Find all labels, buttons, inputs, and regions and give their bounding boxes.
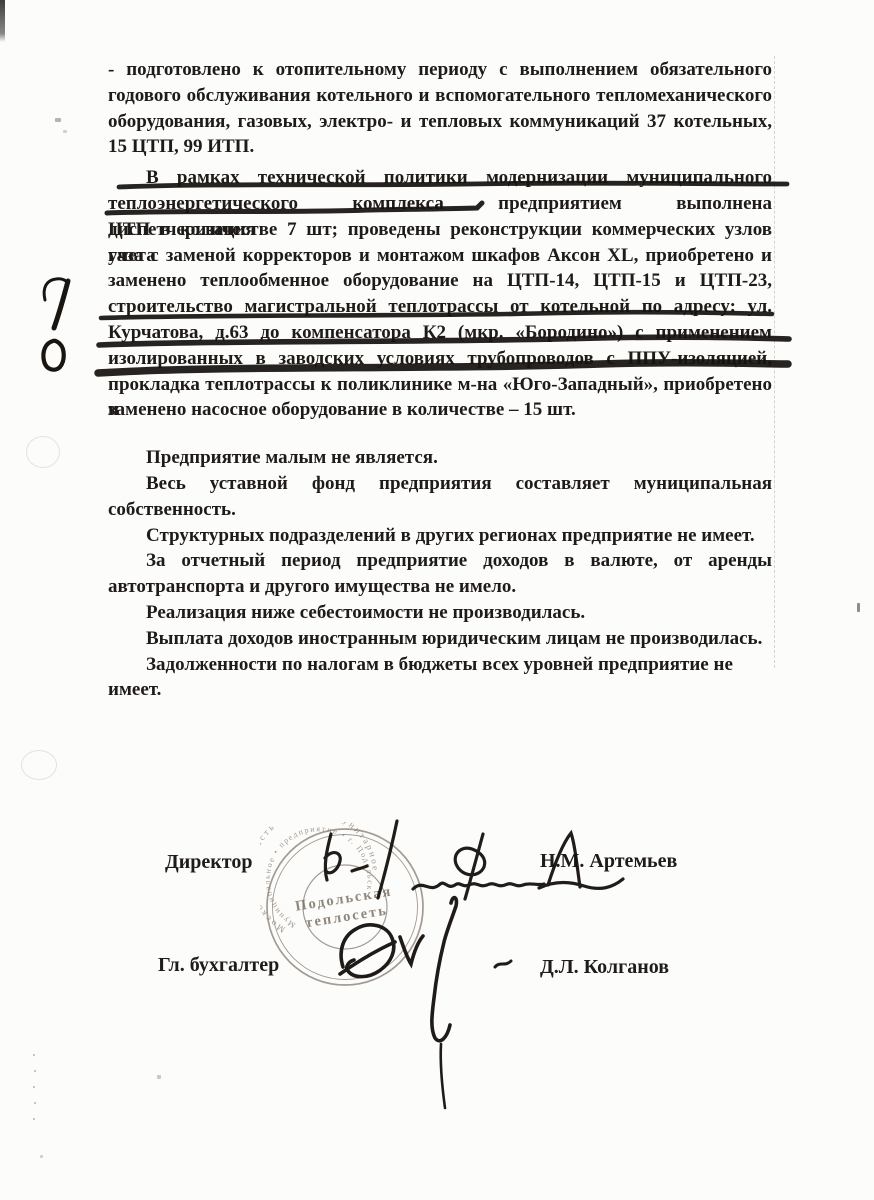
body-line: оборудования, газовых, электро- и теплов… (108, 109, 772, 135)
stamp-middle-ring (273, 835, 418, 980)
body-line: 15 ЦТП, 99 ИТП. (108, 134, 772, 160)
scan-edge-mark (0, 0, 5, 42)
body-line: Предприятие малым не является. (108, 445, 772, 471)
margin-mark-d (44, 279, 68, 328)
body-line: - подготовлено к отопительному периоду с… (108, 57, 772, 83)
body-line: теплоэнергетического комплекса предприят… (108, 191, 772, 217)
director-name: Н.М. Артемьев (540, 850, 677, 873)
scan-speck (157, 1075, 161, 1079)
body-line: Выплата доходов иностранным юридическим … (108, 626, 772, 652)
company-stamp: Московская область • Россия • унитарное … (260, 822, 430, 992)
body-line: собственность. (108, 497, 772, 523)
body-line: изолированных в заводских условиях трубо… (108, 346, 772, 372)
body-text: - подготовлено к отопительному периоду с… (108, 57, 772, 677)
director-label: Директор (165, 851, 253, 874)
page-edge-line (774, 56, 775, 668)
scan-speck (55, 118, 61, 122)
body-line: За отчетный период предприятие доходов в… (108, 548, 772, 574)
body-line: заменено теплообменное оборудование на Ц… (108, 268, 772, 294)
body-line: ЦТП в количестве 7 шт; проведены реконст… (108, 217, 772, 243)
body-line: Реализация ниже себестоимости не произво… (108, 600, 772, 626)
body-line: В рамках технической политики модернизац… (108, 165, 772, 191)
body-line: заменено насосное оборудование в количес… (108, 397, 772, 423)
body-line: Структурных подразделений в других регио… (108, 523, 772, 549)
stamp-center-line1: Подольская (294, 884, 393, 915)
signature-accountant (340, 898, 511, 1108)
scan-smudge-circle (21, 750, 57, 780)
scan-speck (857, 603, 860, 612)
scanned-document-page: - подготовлено к отопительному периоду с… (0, 0, 874, 1200)
stamp-inner-ring (303, 865, 387, 949)
scan-smudge-circle (26, 436, 60, 468)
svg-text:Муниципальное • предприятие •: Муниципальное • предприятие • г. Подольс… (260, 822, 384, 935)
body-line: Весь уставной фонд предприятия составляе… (108, 471, 772, 497)
stamp-center-line2: теплосеть (304, 902, 389, 931)
stamp-ring-outer-text: Московская область • Россия • унитарное (260, 822, 393, 941)
margin-mark-o (43, 341, 63, 370)
scan-speck (40, 1155, 43, 1158)
scan-speck (63, 130, 67, 133)
body-line: строительство магистральной теплотрассы … (108, 294, 772, 320)
body-line: Задолженности по налогам в бюджеты всех … (108, 652, 772, 678)
stamp-ring-inner-text: Муниципальное • предприятие • г. Подольс… (260, 822, 384, 935)
body-line: прокладка теплотрассы к поликлинике м-на… (108, 372, 772, 398)
accountant-label: Гл. бухгалтер (158, 954, 279, 977)
stamp-outer-ring (267, 829, 423, 985)
svg-text:Московская область • Россия •: Московская область • Россия • унитарное (260, 822, 393, 941)
body-line: годового обслуживания котельного и вспом… (108, 83, 772, 109)
body-line: Курчатова, д.63 до компенсатора К2 (мкр.… (108, 320, 772, 346)
body-line: газа с заменой корректоров и монтажом шк… (108, 243, 772, 269)
accountant-name: Д.Л. Колганов (540, 956, 669, 979)
body-line: автотранспорта и другого имущества не им… (108, 574, 772, 600)
